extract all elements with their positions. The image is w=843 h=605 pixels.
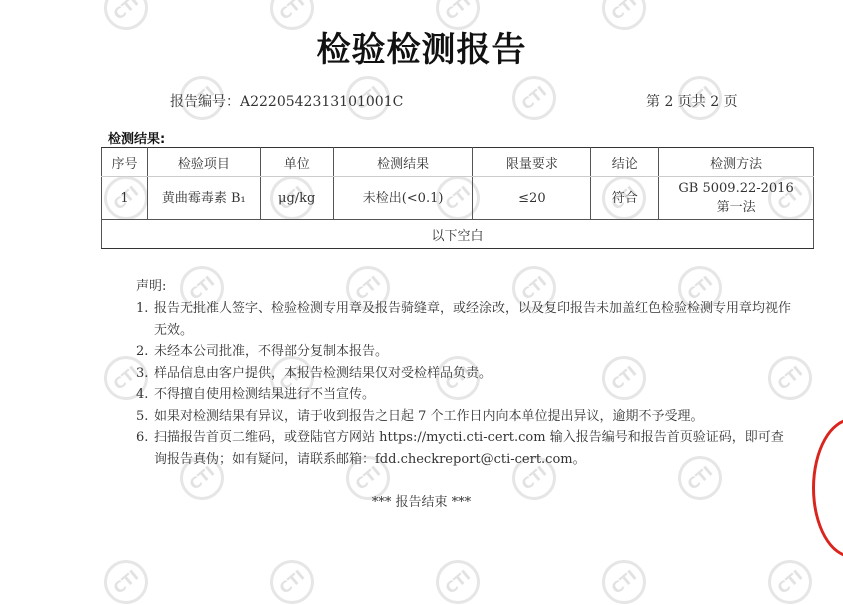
item-text: 不得擅自使用检测结果进行不当宣传。 xyxy=(154,387,375,402)
table-row: 1 黄曲霉毒素 B₁ μg/kg 未检出(<0.1) ≤20 符合 GB 500… xyxy=(102,177,814,220)
blank-note: 以下空白 xyxy=(102,220,814,249)
results-table: 序号 检验项目 单位 检测结果 限量要求 结论 检测方法 1 黄曲霉毒素 B₁ … xyxy=(101,147,814,249)
cell-limit: ≤20 xyxy=(473,177,591,220)
table-header-row: 序号 检验项目 单位 检测结果 限量要求 结论 检测方法 xyxy=(102,148,814,177)
header-item: 检验项目 xyxy=(147,148,260,177)
page-indicator: 第 2 页共 2 页 xyxy=(646,91,738,111)
cti-watermark-icon: CTI xyxy=(503,67,565,129)
declaration-item: 6.扫描报告首页二维码，或登陆官方网站 https://mycti.cti-ce… xyxy=(136,427,796,470)
cti-watermark-icon: CTI xyxy=(261,551,323,605)
item-number: 5. xyxy=(136,406,148,428)
header-result: 检测结果 xyxy=(333,148,473,177)
item-number: 2. xyxy=(136,341,148,363)
header-limit: 限量要求 xyxy=(473,148,591,177)
header-index: 序号 xyxy=(102,148,148,177)
blank-row: 以下空白 xyxy=(102,220,814,249)
red-seal-stamp-icon: 检验检测 xyxy=(812,418,843,558)
cti-watermark-icon: CTI xyxy=(593,551,655,605)
item-number: 1. xyxy=(136,298,148,320)
cti-watermark-icon: CTI xyxy=(95,551,157,605)
declaration-item: 2.未经本公司批准，不得部分复制本报告。 xyxy=(136,341,796,363)
declaration-item: 3.样品信息由客户提供，本报告检测结果仅对受检样品负责。 xyxy=(136,363,796,385)
declaration-item: 1.报告无批准人签字、检验检测专用章及报告骑缝章，或经涂改，以及复印报告未加盖红… xyxy=(136,298,796,341)
header-unit: 单位 xyxy=(260,148,333,177)
cti-watermark-icon: CTI xyxy=(759,551,821,605)
declaration-item: 5.如果对检测结果有异议，请于收到报告之日起 7 个工作日内向本单位提出异议，逾… xyxy=(136,406,796,428)
declaration-item: 4.不得擅自使用检测结果进行不当宣传。 xyxy=(136,384,796,406)
declaration-header: 声明: xyxy=(136,275,796,294)
cell-method: GB 5009.22-2016 第一法 xyxy=(659,177,814,220)
item-number: 4. xyxy=(136,384,148,406)
cell-unit: μg/kg xyxy=(260,177,333,220)
cell-index: 1 xyxy=(102,177,148,220)
declaration: 声明: 1.报告无批准人签字、检验检测专用章及报告骑缝章，或经涂改，以及复印报告… xyxy=(136,275,796,470)
method-standard: GB 5009.22-2016 xyxy=(663,179,809,198)
item-text: 报告无批准人签字、检验检测专用章及报告骑缝章，或经涂改，以及复印报告未加盖红色检… xyxy=(154,301,791,338)
declaration-list: 1.报告无批准人签字、检验检测专用章及报告骑缝章，或经涂改，以及复印报告未加盖红… xyxy=(136,298,796,470)
item-number: 6. xyxy=(136,427,148,449)
page-title: 检验检测报告 xyxy=(0,22,843,71)
item-text: 扫描报告首页二维码，或登陆官方网站 https://mycti.cti-cert… xyxy=(154,430,784,467)
item-number: 3. xyxy=(136,363,148,385)
cell-conclusion: 符合 xyxy=(591,177,659,220)
item-text: 样品信息由客户提供，本报告检测结果仅对受检样品负责。 xyxy=(154,366,492,381)
report-number: 报告编号：A2220542313101001C xyxy=(170,91,403,111)
item-text: 如果对检测结果有异议，请于收到报告之日起 7 个工作日内向本单位提出异议，逾期不… xyxy=(154,409,704,424)
report-end-marker: *** 报告结束 *** xyxy=(0,491,843,510)
cti-watermark-icon: CTI xyxy=(427,551,489,605)
section-label: 检测结果: xyxy=(108,128,165,147)
header-method: 检测方法 xyxy=(659,148,814,177)
cell-result: 未检出(<0.1) xyxy=(333,177,473,220)
method-variant: 第一法 xyxy=(663,198,809,217)
item-text: 未经本公司批准，不得部分复制本报告。 xyxy=(154,344,388,359)
cell-item: 黄曲霉毒素 B₁ xyxy=(147,177,260,220)
header-conclusion: 结论 xyxy=(591,148,659,177)
